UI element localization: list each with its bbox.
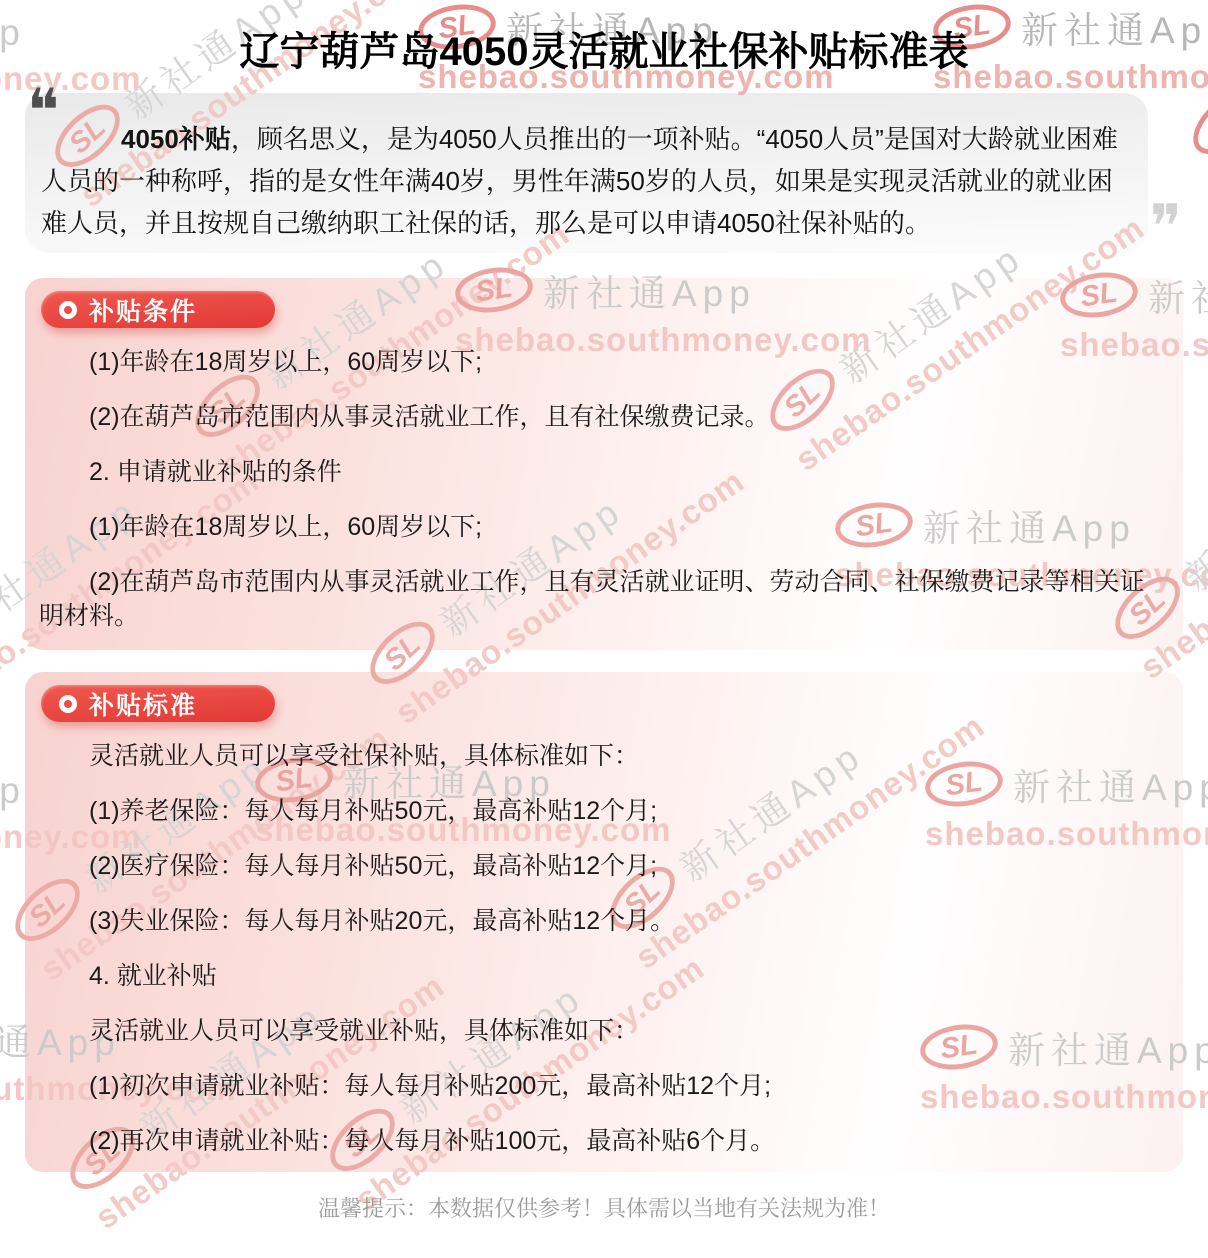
watermark-brand: 新社通App <box>0 760 26 814</box>
intro-quote-card: ❝ 4050补贴，顾名思义，是为4050人员推出的一项补贴。“4050人员”是国… <box>25 93 1148 253</box>
section-body-standards: 灵活就业人员可以享受社保补贴，具体标准如下：(1)养老保险：每人每月补贴50元，… <box>39 739 1169 1158</box>
section-paragraph: (2)在葫芦岛市范围内从事灵活就业工作，且有社保缴费记录。 <box>39 400 1169 434</box>
section-paragraph: (2)再次申请就业补贴：每人每月补贴100元，最高补贴6个月。 <box>39 1124 1169 1158</box>
section-badge-label: 补贴标准 <box>89 686 197 722</box>
open-quote-icon: ❝ <box>27 81 59 141</box>
section-paragraph: (1)年龄在18周岁以上，60周岁以下; <box>39 510 1169 544</box>
section-paragraph: (2)医疗保险：每人每月补贴50元，最高补贴12个月; <box>39 849 1169 883</box>
close-quote-icon: ❞ <box>1150 197 1182 257</box>
section-paragraph: 2. 申请就业补贴的条件 <box>39 455 1169 489</box>
section-content: 补贴条件 (1)年龄在18周岁以上，60周岁以下;(2)在葫芦岛市范围内从事灵活… <box>39 291 1169 633</box>
section-paragraph: (1)养老保险：每人每月补贴50元，最高补贴12个月; <box>39 794 1169 828</box>
page-title: 辽宁葫芦岛4050灵活就业社保补贴标准表 <box>0 20 1208 77</box>
section-paragraph: 灵活就业人员可以享受就业补贴，具体标准如下： <box>39 1014 1169 1048</box>
intro-text: 4050补贴，顾名思义，是为4050人员推出的一项补贴。“4050人员”是国对大… <box>41 118 1132 244</box>
section-card-conditions: 补贴条件 (1)年龄在18周岁以上，60周岁以下;(2)在葫芦岛市范围内从事灵活… <box>25 278 1183 650</box>
section-badge-standards: 补贴标准 <box>41 685 275 722</box>
section-badge-label: 补贴条件 <box>89 292 197 328</box>
intro-content: ❝ 4050补贴，顾名思义，是为4050人员推出的一项补贴。“4050人员”是国… <box>25 93 1148 253</box>
section-paragraph: 4. 就业补贴 <box>39 959 1169 993</box>
intro-lead-bold: 4050补贴 <box>121 124 231 154</box>
section-paragraph: (1)年龄在18周岁以上，60周岁以下; <box>39 345 1169 379</box>
section-paragraph: (3)失业保险：每人每月补贴20元，最高补贴12个月。 <box>39 904 1169 938</box>
section-paragraph: 灵活就业人员可以享受社保补贴，具体标准如下： <box>39 739 1169 773</box>
section-paragraph: (2)在葫芦岛市范围内从事灵活就业工作，且有灵活就业证明、劳动合同、社保缴费记录… <box>39 565 1169 633</box>
sl-logo-icon: SL <box>1182 80 1208 165</box>
footer-note: 温馨提示：本数据仅供参考！具体需以当地有关法规为准！ <box>0 1192 1208 1223</box>
page: { "page": { "title": "辽宁葫芦岛4050灵活就业社保补贴标… <box>0 0 1208 1258</box>
section-content: 补贴标准 灵活就业人员可以享受社保补贴，具体标准如下：(1)养老保险：每人每月补… <box>39 685 1169 1158</box>
section-paragraph: (1)初次申请就业补贴：每人每月补贴200元，最高补贴12个月; <box>39 1069 1169 1103</box>
section-badge-conditions: 补贴条件 <box>41 291 275 328</box>
circle-bullet-icon <box>59 301 77 319</box>
section-card-standards: 补贴标准 灵活就业人员可以享受社保补贴，具体标准如下：(1)养老保险：每人每月补… <box>25 672 1183 1172</box>
section-body-conditions: (1)年龄在18周岁以上，60周岁以下;(2)在葫芦岛市范围内从事灵活就业工作，… <box>39 345 1169 633</box>
circle-bullet-icon <box>59 695 77 713</box>
